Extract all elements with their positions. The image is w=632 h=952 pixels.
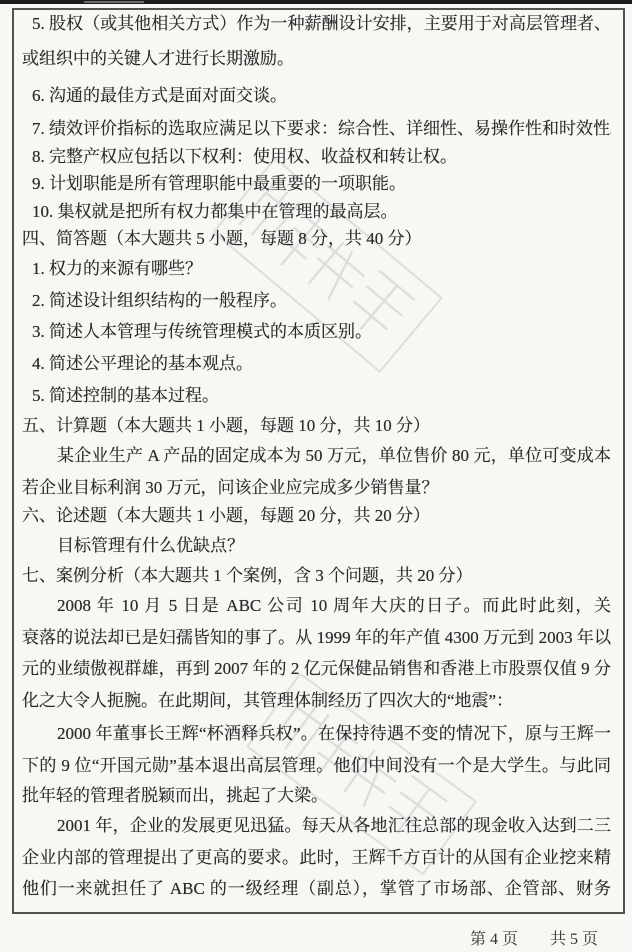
section-heading-7: 七、案例分析（本大题共 1 个案例，含 3 个问题，共 20 分） <box>22 564 611 588</box>
page-footer: 第 4 页 共 5 页 <box>0 926 598 949</box>
essay-question: 目标管理有什么优缺点？ <box>22 534 611 558</box>
section-heading-6: 六、论述题（本大题共 1 小题，每题 20 分，共 20 分） <box>22 504 611 528</box>
case-paragraph-line: 2008 年 10 月 5 日是 ABC 公司 10 周年大庆的日子。而此时此刻… <box>22 594 611 618</box>
section-heading-5: 五、计算题（本大题共 1 小题，每题 10 分，共 10 分） <box>22 414 611 438</box>
calc-problem-line1: 某企业生产 A 产品的固定成本为 50 万元，单位售价 80 元，单位可变成本 … <box>22 444 611 468</box>
tf-item-8: 8. 完整产权应包括以下权利：使用权、收益权和转让权。 <box>22 145 611 169</box>
case-paragraph-line: 化之大令人扼腕。在此期间，其管理体制经历了四次大的“地震”： <box>22 689 611 713</box>
case-paragraph-line: 他们一来就担任了 ABC 的一级经理（副总），掌管了市场部、企管部、财务部、事业 <box>22 877 611 901</box>
tf-item-9: 9. 计划职能是所有管理职能中最重要的一项职能。 <box>22 172 611 196</box>
scanned-exam-page: { "colors": { "ink": "#2a2a2a", "paper":… <box>0 0 632 952</box>
case-paragraph-line: 下的 9 位“开国元勋”基本退出高层管理。他们中间没有一个是大学生。与此同时，一 <box>22 754 611 778</box>
case-paragraph-line: 2000 年董事长王辉“杯酒释兵权”。在保持待遇不变的情况下，原与王辉一起闯天 <box>22 722 611 746</box>
tf-item-6: 6. 沟通的最佳方式是面对面交谈。 <box>22 84 611 108</box>
tf-item-7: 7. 绩效评价指标的选取应满足以下要求：综合性、详细性、易操作性和时效性。 <box>22 117 611 141</box>
page-number: 第 4 页 <box>470 926 518 949</box>
case-paragraph-line: 企业内部的管理提出了更高的要求。此时，王辉千方百计的从国有企业挖来精英人物。 <box>22 846 611 870</box>
tf-item-5-line2: 或组织中的关键人才进行长期激励。 <box>22 47 611 71</box>
case-paragraph-line: 批年轻的管理者脱颖而出，挑起了大梁。 <box>22 784 611 808</box>
short-answer-3: 3. 简述人本管理与传统管理模式的本质区别。 <box>22 320 611 344</box>
scan-edge-artifact <box>0 0 632 4</box>
short-answer-1: 1. 权力的来源有哪些？ <box>22 257 611 281</box>
short-answer-5: 5. 简述控制的基本过程。 <box>22 384 611 408</box>
short-answer-2: 2. 简述设计组织结构的一般程序。 <box>22 289 611 313</box>
calc-problem-line2: 若企业目标利润 30 万元，问该企业应完成多少销售量？ <box>22 476 611 500</box>
case-paragraph-line: 元的业绩傲视群雄，再到 2007 年的 2 亿元保健品销售和香港上市股票仅值 9… <box>22 657 611 681</box>
case-paragraph-line: 衰落的说法却已是妇孺皆知的事了。从 1999 年的年产值 4300 万元到 20… <box>22 626 611 650</box>
tf-item-10: 10. 集权就是把所有权力都集中在管理的最高层。 <box>22 200 611 224</box>
total-pages: 共 5 页 <box>550 926 598 949</box>
short-answer-4: 4. 简述公平理论的基本观点。 <box>22 352 611 376</box>
tf-item-5-line1: 5. 股权（或其他相关方式）作为一种薪酬设计安排，主要用于对高层管理者、经理人 <box>22 12 611 36</box>
section-heading-4: 四、简答题（本大题共 5 小题，每题 8 分，共 40 分） <box>22 227 611 251</box>
case-paragraph-line: 2001 年，企业的发展更见迅猛。每天从各地汇往总部的现金收入达到二三百万，对 <box>22 814 611 838</box>
